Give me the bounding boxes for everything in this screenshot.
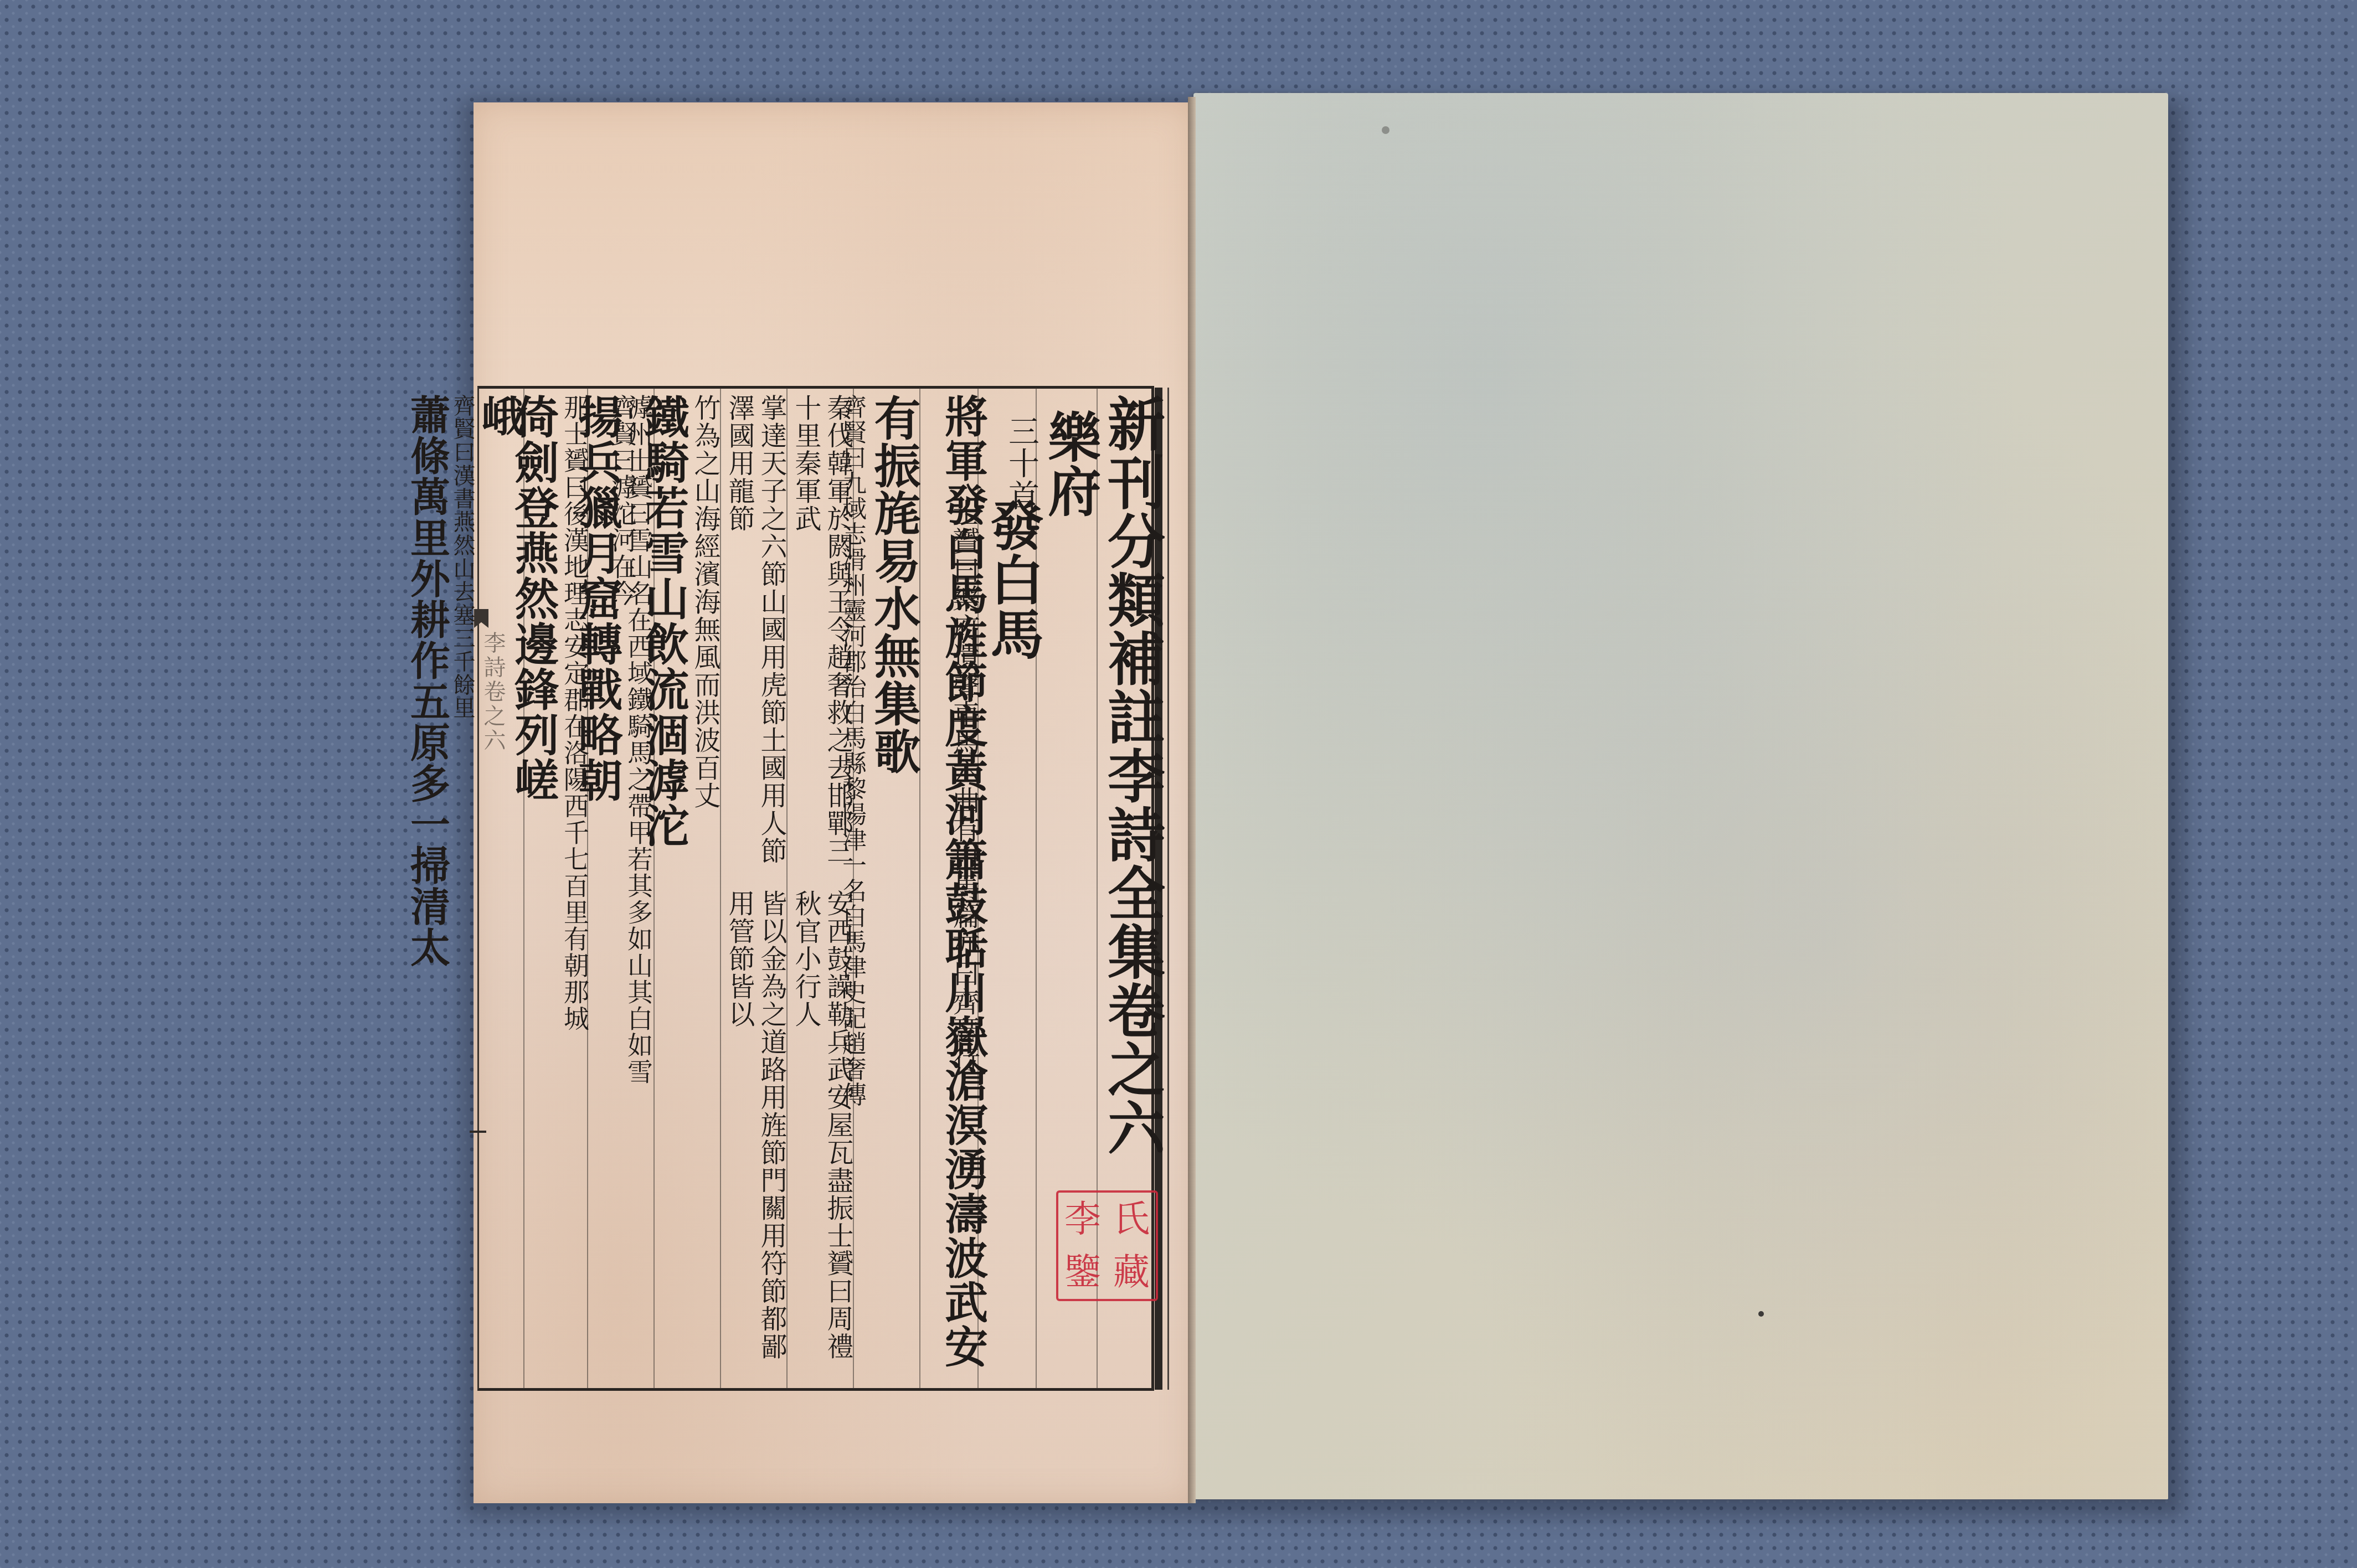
annotation-right: 秦伐韓軍於閼與王令趙奢救之去邯鄲三十里秦軍武	[790, 394, 854, 890]
annotation-left: 山去塞三千餘里	[450, 557, 475, 720]
spine-edge	[1188, 97, 1196, 1503]
seal-char: 藏	[1107, 1246, 1156, 1299]
frame-right-inner-line	[1167, 388, 1169, 1390]
annotation-right: 那士贇曰後漢地理志安定郡在	[559, 394, 591, 740]
text-column: 滹州士贇曰雪山名在西域鐵騎 馬之帶甲若其多如山其白如雪 揚兵獵月窟轉戰略朝	[588, 394, 655, 1385]
poem-text: 有振旄易水無集歌	[867, 394, 920, 1385]
annotation-left: 安西鼓譟勒兵武安屋瓦盡振士贇曰周禮秋官小行人	[790, 890, 854, 1385]
text-column-poem-title: 發白馬 士贇曰樂府遺聲車馬六 曲有白馬篇亦曰齊瑟行	[979, 498, 1046, 1489]
seal-char: 氏	[1107, 1193, 1156, 1246]
annotation-right: 滹州士贇曰雪山名在西域鐵騎	[622, 394, 655, 740]
paper-speck	[1382, 126, 1390, 134]
seal-char: 鑒	[1058, 1246, 1107, 1299]
annotation: 那士贇曰後漢地理志安定郡在 洛陽西千七百里有朝那城	[559, 394, 591, 1385]
annotation: 秦伐韓軍於閼與王令趙奢救之去邯鄲三十里秦軍武 安西鼓譟勒兵武安屋瓦盡振士贇曰周禮…	[790, 394, 854, 1385]
annotation-left: 洛陽西千七百里有朝那城	[559, 740, 591, 1032]
annotation-left: 皆以金為之道路用旌節門關用符節都鄙用管節皆以	[723, 890, 788, 1385]
annotation-right: 竹為之山海經濱海	[689, 394, 721, 616]
blank-right-leaf	[1193, 93, 2168, 1499]
poem-text: 將軍發白馬旌節度黃河簫鼓聒川嶽滄溟湧濤波武安	[938, 394, 987, 1385]
annotation-left: 無風而洪波百丈	[689, 616, 721, 809]
text-column: 竹為之山海經濱海 無風而洪波百丈 鐵騎若雪山飲流涸滹沱 齊賢曰滹 沱河在今	[655, 394, 721, 1385]
annotation: 竹為之山海經濱海 無風而洪波百丈	[689, 394, 721, 1385]
collector-seal: 李 氏 鑒 藏	[1056, 1190, 1158, 1301]
annotation-left: 馬之帶甲若其多如山其白如雪	[622, 740, 655, 1085]
paper-speck	[1758, 1311, 1764, 1317]
annotation-right: 齊賢曰漢書燕然	[450, 394, 475, 557]
annotation: 滹州士贇曰雪山名在西域鐵騎 馬之帶甲若其多如山其白如雪	[622, 394, 655, 1385]
text-column: 將軍發白馬旌節度黃河簫鼓聒川嶽滄溟湧濤波武安	[920, 394, 987, 1385]
text-column: 峨 齊賢曰漢書燕然 山去塞三千餘里 蕭條萬里外耕作五原多一掃清太	[479, 394, 523, 1385]
annotation-right: 掌達天子之六節山國用虎節土國用人節澤國用龍節	[723, 394, 788, 890]
annotation: 掌達天子之六節山國用虎節土國用人節澤國用龍節 皆以金為之道路用旌節門關用符節都鄙…	[723, 394, 788, 1385]
text-column-annotation: 掌達天子之六節山國用虎節土國用人節澤國用龍節 皆以金為之道路用旌節門關用符節都鄙…	[721, 394, 788, 1385]
poem-title: 發白馬	[980, 498, 1046, 1489]
poem-text: 峨	[475, 394, 523, 1385]
text-column-annotation: 秦伐韓軍於閼與王令趙奢救之去邯鄲三十里秦軍武 安西鼓譟勒兵武安屋瓦盡振士贇曰周禮…	[788, 394, 854, 1385]
seal-char: 李	[1058, 1193, 1107, 1246]
text-column: 那士贇曰後漢地理志安定郡在 洛陽西千七百里有朝那城 倚劍登燕然邊鋒列嵯	[524, 394, 591, 1385]
annotation: 齊賢曰漢書燕然 山去塞三千餘里	[450, 394, 475, 1385]
poem-text: 蕭條萬里外耕作五原多一掃清太	[404, 394, 450, 1385]
text-column: 有振旄易水無集歌 齊賢曰九域志滑州靈河郡治白馬 縣黎陽津一名白馬津史記趙奢傳	[854, 394, 920, 1385]
